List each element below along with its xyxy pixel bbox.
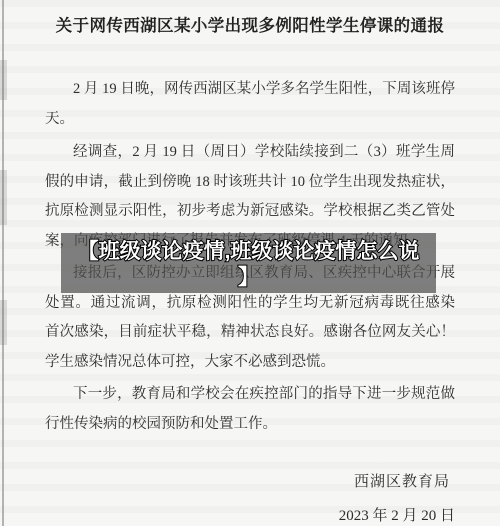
notice-body-line: 抗原检测显示阳性，初步考虑为新冠感染。学校根据乙类乙管处置预 — [45, 197, 455, 227]
notice-body-line: 下一步，教育局和学校会在疾控部门的指导下进一步规范做好流 — [45, 380, 455, 410]
notice-date: 2023 年 2 月 20 日 — [339, 504, 455, 525]
notice-body-line: 假的申请，截止到傍晚 18 时该班共计 10 位学生出现发热症状，在家 — [45, 168, 455, 198]
caption-overlay-text-line-1: 【班级谈论疫情,班级谈论疫情怎么说 — [61, 239, 436, 265]
document-photo: 关于网传西湖区某小学出现多例阳性学生停课的通报 2 月 19 日晚，网传西湖区某… — [0, 0, 500, 526]
photo-edge-smudge — [0, 60, 7, 100]
notice-body-line: 行性传染病的校园预防和处置工作。 — [45, 410, 455, 440]
caption-overlay-text-line-2: 】 — [61, 265, 436, 291]
notice-signature: 西湖区教育局 — [354, 470, 450, 491]
caption-overlay: 【班级谈论疫情,班级谈论疫情怎么说 】 — [61, 233, 436, 293]
notice-title: 关于网传西湖区某小学出现多例阳性学生停课的通报 — [20, 12, 480, 36]
notice-body-line: 学生感染情况总体可控，大家不必感到恐慌。 — [45, 348, 455, 378]
photo-edge-smudge — [0, 300, 7, 345]
notice-body-line: 天。 — [45, 105, 455, 135]
photo-edge-smudge — [0, 170, 7, 225]
notice-body-line: 经调查，2 月 19 日（周日）学校陆续接到二（3）班学生周一请 — [45, 138, 455, 168]
notice-body-line: 首次感染，目前症状平稳，精神状态良好。感谢各位网友关心！该校 — [45, 318, 455, 348]
notice-body-line: 2 月 19 日晚，网传西湖区某小学多名学生阳性，下周该班停课 4 — [45, 75, 455, 105]
